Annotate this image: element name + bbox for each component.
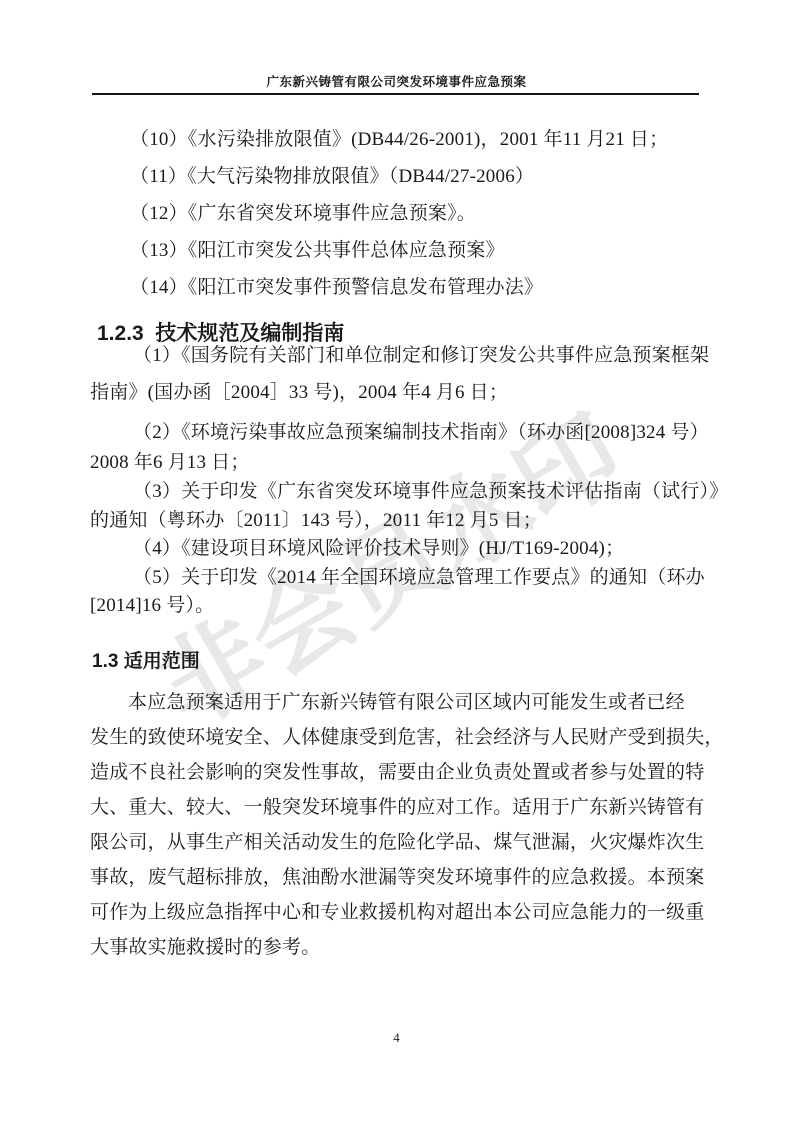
document-page: 非会员水印 广东新兴铸管有限公司突发环境事件应急预案 （10）《水污染排放限值》… bbox=[0, 0, 793, 1122]
reference-item-14: （14）《阳江市突发事件预警信息发布管理办法》 bbox=[130, 276, 543, 300]
section-13-line: 大事故实施救援时的参考。 bbox=[90, 936, 320, 960]
section-13-line: 事故，废气超标排放，焦油酚水泄漏等突发环境事件的应急救援。本预案 bbox=[90, 866, 704, 890]
section-123-line: 的通知（粤环办〔2011〕143 号），2011 年12 月5 日； bbox=[90, 509, 542, 533]
section-13-line: 限公司，从事生产相关活动发生的危险化学品、煤气泄漏，火灾爆炸次生 bbox=[90, 831, 704, 855]
header-rule bbox=[92, 93, 699, 95]
reference-item-13: （13）《阳江市突发公共事件总体应急预案》 bbox=[130, 239, 505, 263]
reference-item-11: （11）《大气污染物排放限值》（DB44/27-2006） bbox=[130, 165, 534, 189]
section-123-line: （1）《国务院有关部门和单位制定和修订突发公共事件应急预案框架 bbox=[133, 344, 709, 368]
section-13-line: 本应急预案适用于广东新兴铸管有限公司区域内可能发生或者已经 bbox=[128, 691, 685, 715]
section-heading-1-2-3: 1.2.3 技术规范及编制指南 bbox=[97, 317, 344, 347]
section-13-line: 可作为上级应急指挥中心和专业救援机构对超出本公司应急能力的一级重 bbox=[90, 901, 704, 925]
section-123-line: （3）关于印发《广东省突发环境事件应急预案技术评估指南（试行）》 bbox=[133, 480, 728, 504]
section-13-line: 造成不良社会影响的突发性事故，需要由企业负责处置或者参与处置的特 bbox=[90, 761, 704, 785]
reference-item-12: （12）《广东省突发环境事件应急预案》。 bbox=[130, 202, 476, 226]
section-13-line: 大、重大、较大、一般突发环境事件的应对工作。适用于广东新兴铸管有 bbox=[90, 796, 704, 820]
page-number: 4 bbox=[0, 1030, 793, 1046]
reference-item-10: （10）《水污染排放限值》(DB44/26-2001)，2001 年11 月21… bbox=[130, 128, 668, 152]
section-123-line: （5）关于印发《2014 年全国环境应急管理工作要点》的通知（环办 bbox=[133, 566, 705, 590]
section-123-line: 指南》(国办函［2004］33 号)，2004 年4 月6 日； bbox=[90, 381, 508, 405]
section-123-line: （4）《建设项目环境风险评价技术导则》(HJ/T169-2004)； bbox=[133, 537, 624, 561]
page-header-title: 广东新兴铸管有限公司突发环境事件应急预案 bbox=[0, 72, 793, 90]
section-123-line: 2008 年6 月13 日； bbox=[90, 451, 250, 475]
section-123-line: [2014]16 号）。 bbox=[90, 594, 214, 618]
section-heading-1-3: 1.3 适用范围 bbox=[92, 646, 200, 673]
section-123-line: （2）《环境污染事故应急预案编制技术指南》（环办函[2008]324 号） bbox=[133, 421, 709, 445]
section-13-line: 发生的致使环境安全、人体健康受到危害，社会经济与人民财产受到损失， bbox=[90, 726, 724, 750]
